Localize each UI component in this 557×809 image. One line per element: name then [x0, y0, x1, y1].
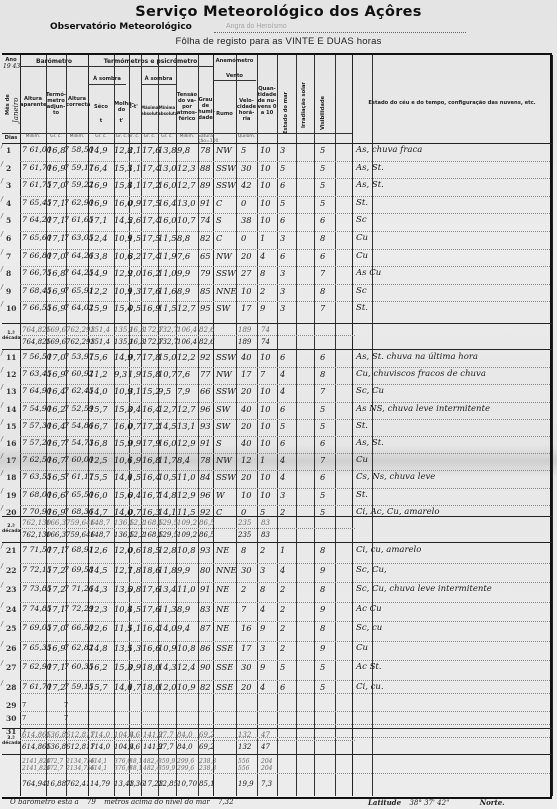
cell-grau: 82: [200, 233, 211, 243]
cell-mar: 4: [280, 472, 285, 482]
check-mark: /: [1, 602, 3, 609]
decade-sum-cell: 132: [238, 730, 251, 740]
cell-mar: 5: [280, 163, 285, 173]
cell-alt-c: 7: [64, 713, 68, 723]
cell-min: 15,0: [158, 352, 176, 362]
cell-term: 16,4: [47, 386, 65, 396]
cell-ceu: Sc, Cu, chuva leve intermitente: [356, 584, 492, 594]
decade-label: 1.ª década: [2, 331, 20, 341]
cell-nuv: 4: [260, 682, 265, 692]
decade-avg-cell: 82,6: [199, 337, 215, 347]
cell-min: 11,5: [158, 233, 176, 243]
check-mark: /: [1, 266, 3, 273]
cell-term: 16,8: [47, 268, 65, 278]
cell-tens: 12,7: [177, 303, 195, 313]
cell-grau: 93: [200, 545, 211, 555]
cell-min: 13,8: [158, 145, 176, 155]
cell-vis: 5: [320, 490, 325, 500]
cell-mar: 3: [280, 145, 285, 155]
cell-min: 12,0: [158, 682, 176, 692]
cell-min: 14,3: [158, 662, 176, 672]
cell-term: 16,9: [47, 643, 65, 653]
cell-rumo: SW: [216, 404, 230, 414]
unit-minima: Gr. c.: [158, 134, 176, 139]
cell-term: 17,1: [47, 198, 65, 208]
cell-mar: 5: [280, 421, 285, 431]
cell-seco: 17,1: [89, 215, 107, 225]
cell-vel: 0: [241, 198, 246, 208]
barometer-text: O barómetro está a: [10, 798, 79, 806]
cell-min: 11,6: [158, 286, 176, 296]
decade-sum-cell: 106,4: [177, 325, 197, 335]
cell-min: 12,8: [158, 545, 176, 555]
cell-mar: 6: [280, 180, 285, 190]
cell-diff: 0,6: [128, 545, 141, 555]
decade-avg-cell: 166,3: [46, 530, 66, 540]
cell-grau: 77: [200, 369, 211, 379]
cell-term: 16,9: [47, 369, 65, 379]
cell-mar: 2: [280, 643, 285, 653]
cell-seco: 12,3: [89, 604, 107, 614]
day-number: 6: [6, 234, 11, 244]
cell-diff: 1,5: [128, 233, 141, 243]
cell-min: 11,8: [158, 565, 176, 575]
cell-tens: 12,3: [177, 163, 195, 173]
cell-term: 17,0: [47, 352, 65, 362]
col-grau-humidade: Grau de humi-dade: [198, 97, 213, 121]
institution-title: Serviço Meteorológico dos Açôres: [0, 4, 557, 20]
cell-vis: 6: [320, 251, 325, 261]
month-avg-cell: 764,94: [22, 779, 47, 789]
row-separator: [20, 384, 550, 385]
cell-min: 11,5: [158, 303, 176, 313]
cell-vis: 7: [320, 303, 325, 313]
cell-tens: 12,2: [177, 352, 195, 362]
col-visibilidade: Visibilidade: [320, 84, 326, 130]
col-rumo: Rumo: [213, 111, 236, 117]
cell-ceu: Sc: [356, 215, 367, 225]
cell-ceu: Sc, Cu,: [356, 565, 387, 575]
cell-vis: 5: [320, 662, 325, 672]
totals-rule: [20, 773, 550, 774]
check-mark: /: [1, 563, 3, 570]
cell-diff: 1,1: [128, 623, 141, 633]
cell-mar: 1: [280, 545, 285, 555]
cell-vel: 5: [241, 145, 246, 155]
cell-ceu: Ac St.: [356, 662, 382, 672]
cell-ceu: Sc, cu: [356, 623, 382, 633]
cell-min: 10,5: [158, 472, 176, 482]
barometer-group-header: Barómetro: [20, 59, 88, 65]
row-separator: [20, 301, 550, 302]
cell-vel: 40: [241, 404, 252, 414]
day-number: 17: [6, 456, 16, 466]
row-separator: [20, 470, 550, 471]
cell-grau: 90: [200, 662, 211, 672]
cell-term: 17,0: [47, 251, 65, 261]
cell-vel: 20: [241, 386, 252, 396]
check-mark: /: [1, 178, 3, 185]
thermometers-group-header: Termómetros e psicrómetro: [88, 59, 213, 65]
month-avg-cell: 12,85: [158, 779, 178, 789]
cell-nuv: 10: [260, 198, 271, 208]
column-divider: [257, 55, 258, 796]
check-mark: /: [1, 161, 3, 168]
check-mark: /: [1, 196, 3, 203]
cell-seco: 12,6: [89, 545, 107, 555]
latitude-value: 38° 37' 42": [409, 799, 449, 807]
cell-seco: 16,4: [89, 163, 107, 173]
hemisphere-label: Norte.: [480, 798, 505, 807]
row-separator: [20, 680, 550, 681]
col-quantidade-nuvens: Quan-tidade de nu-vens 0 a 10: [257, 86, 277, 116]
unit-altura-correcta: Millim.: [66, 134, 88, 139]
day-number: 27: [6, 663, 16, 673]
day-number: 1: [6, 146, 11, 156]
cell-diff: 1,3: [128, 286, 141, 296]
cell-vis: 9: [320, 643, 325, 653]
cell-rumo: C: [216, 198, 222, 208]
cell-term: 16,8: [47, 145, 65, 155]
col-altura-correcta: Altura correcta: [66, 96, 88, 108]
cell-mar: 6: [280, 215, 285, 225]
row-separator: [20, 266, 550, 267]
row-separator: [20, 436, 550, 437]
cell-grau: 80: [200, 565, 211, 575]
a-sombra-header-1: À sombra: [88, 76, 126, 82]
cell-grau: 96: [200, 404, 211, 414]
cell-rumo: NNE: [216, 565, 237, 575]
cell-ceu: Sc, Cu: [356, 386, 384, 396]
cell-diff: 3,2: [128, 251, 141, 261]
month-avg-cell: 14,79: [90, 779, 110, 789]
col-tensao: Tensão do va-por atmos-férico: [176, 92, 198, 122]
row-separator: [20, 402, 550, 403]
observatory-label: Observatório Meteorológico: [50, 22, 192, 32]
cell-seco: 16,8: [89, 438, 107, 448]
day-number: 5: [6, 216, 11, 226]
cell-tens: 7,9: [177, 386, 190, 396]
cell-diff: 1,9: [128, 455, 141, 465]
cell-vis: 8: [320, 545, 325, 555]
col-irradiacao: Irradiação solar: [301, 78, 307, 128]
cell-nuv: 3: [260, 565, 265, 575]
cell-nuv: 2: [260, 286, 265, 296]
cell-min: 11,3: [158, 604, 176, 614]
cell-vis: 5: [320, 421, 325, 431]
unit-altura-aparente: Millim.: [20, 134, 46, 139]
cell-diff: 3,1: [128, 386, 141, 396]
cell-vis: 9: [320, 604, 325, 614]
cell-nuv: 10: [260, 421, 271, 431]
cell-grau: 78: [200, 145, 211, 155]
cell-min: 9,5: [158, 386, 171, 396]
cell-nuv: 4: [260, 604, 265, 614]
cell-grau: 92: [200, 352, 211, 362]
cell-diff: 1,1: [128, 180, 141, 190]
day-number: 18: [6, 473, 16, 483]
cell-min: 14,5: [158, 421, 176, 431]
check-mark: /: [1, 660, 3, 667]
check-mark: /: [1, 231, 3, 238]
cell-vel: 30: [241, 565, 252, 575]
day-number: 23: [6, 585, 16, 595]
decade-sum-cell: 9,6: [129, 730, 140, 740]
check-mark: /: [1, 249, 3, 256]
header-rule: [20, 66, 88, 67]
cell-diff: 2,6: [128, 215, 141, 225]
cell-tens: 9,9: [177, 565, 190, 575]
cell-nuv: 10: [260, 145, 271, 155]
cell-vis: 8: [320, 369, 325, 379]
day-number: 12: [6, 370, 16, 380]
cell-term: 17,2: [47, 682, 65, 692]
cell-mar: 4: [280, 386, 285, 396]
decade-sum-cell: 83: [261, 518, 270, 528]
header-rule: [141, 84, 176, 85]
cell-grau: 74: [200, 215, 211, 225]
cell-diff: 0,7: [128, 421, 141, 431]
cell-vel: 30: [241, 662, 252, 672]
cell-vis: 7: [320, 268, 325, 278]
cell-term: 17,1: [47, 662, 65, 672]
cell-nuv: 10: [260, 386, 271, 396]
cell-tens: 12,9: [177, 438, 195, 448]
decade-label: 2.ª década: [2, 524, 20, 534]
cell-ceu: As Cu: [356, 268, 381, 278]
row-separator: [20, 231, 550, 232]
month-avg-cell: 85,1: [199, 779, 215, 789]
cell-mar: 6: [280, 404, 285, 414]
cell-vel: 0: [241, 233, 246, 243]
a-sombra-header-2: À sombra: [141, 76, 176, 82]
decade-rule: [2, 516, 552, 517]
cell-vis: 5: [320, 404, 325, 414]
cell-diff: 1,1: [128, 163, 141, 173]
day-number: 10: [6, 304, 16, 314]
decade-sum-cell: 47: [261, 730, 270, 740]
cell-diff: 0,4: [128, 404, 141, 414]
cell-min: 14,8: [158, 490, 176, 500]
cell-mar: 6: [280, 438, 285, 448]
cell-seco: 15,5: [89, 472, 107, 482]
cell-diff: 2,0: [128, 268, 141, 278]
row-separator: [20, 505, 550, 506]
cell-grau: 78: [200, 455, 211, 465]
day-number: 8: [6, 269, 11, 279]
register-sheet: Serviço Meteorológico dos Açôres Observa…: [0, 0, 557, 809]
day-number: 29: [6, 701, 16, 711]
cell-mar: 6: [280, 251, 285, 261]
cell-vel: 42: [241, 180, 252, 190]
barometer-suffix: metros acima do nível do mar: [104, 798, 210, 806]
cell-term: 17,2: [47, 565, 65, 575]
wind-subheader: Vento: [213, 73, 256, 79]
check-mark: /: [1, 436, 3, 443]
day-number: 16: [6, 439, 16, 449]
day-number: 26: [6, 644, 16, 654]
check-mark: /: [1, 402, 3, 409]
check-mark: /: [1, 543, 3, 550]
cell-grau: 87: [200, 623, 211, 633]
cell-nuv: 7: [260, 369, 265, 379]
decade-avg-cell: 189: [238, 337, 251, 347]
cell-term: 16,5: [47, 472, 65, 482]
cell-tens: 8,8: [177, 233, 190, 243]
cell-rumo: C: [216, 233, 222, 243]
cell-seco: 16,7: [89, 421, 107, 431]
row-separator: [20, 693, 550, 694]
cell-tens: 11,0: [177, 584, 195, 594]
row-separator: [20, 161, 550, 162]
cell-ceu: St.: [356, 421, 368, 431]
cell-diff: 0,5: [128, 303, 141, 313]
decade-avg-cell: 151,4: [90, 337, 110, 347]
cell-grau: 89: [200, 180, 211, 190]
cell-grau: 93: [200, 421, 211, 431]
day-number: 28: [6, 683, 16, 693]
cell-ceu: Ac Cu: [356, 604, 382, 614]
cell-term: 17,1: [47, 215, 65, 225]
cell-tens: 12,4: [177, 662, 195, 672]
cell-seco: 14,8: [89, 643, 107, 653]
month-avg-cell: 10,70: [177, 779, 197, 789]
cell-nuv: 8: [260, 584, 265, 594]
decade-rule: [2, 728, 552, 729]
decade-avg-cell: 114,0: [90, 742, 110, 752]
header-rule: [88, 66, 213, 67]
cell-nuv: 10: [260, 490, 271, 500]
cell-grau: 96: [200, 490, 211, 500]
month-avg-cell: 19,9: [238, 779, 254, 789]
cell-tens: 10,7: [177, 215, 195, 225]
cell-min: 16,0: [158, 438, 176, 448]
decade-avg-cell: 148,7: [90, 530, 110, 540]
cell-seco: 16,9: [89, 180, 107, 190]
cell-vis: 6: [320, 215, 325, 225]
col-estado-mar: Estado do mar: [283, 86, 289, 134]
cell-vel: 2: [241, 584, 246, 594]
decade-avg-cell: 235: [238, 530, 251, 540]
cell-nuv: 10: [260, 352, 271, 362]
cell-tens: 9,8: [177, 145, 190, 155]
cell-grau: 79: [200, 268, 211, 278]
cell-seco: 12,6: [89, 623, 107, 633]
check-mark: /: [1, 621, 3, 628]
cell-vis: 8: [320, 286, 325, 296]
column-divider: [352, 55, 353, 796]
day-number: 2: [6, 164, 11, 174]
cell-ceu: Cs, Ns, chuva leve: [356, 472, 435, 482]
day-number: 22: [6, 566, 16, 576]
cell-min: 11,7: [158, 455, 176, 465]
row-separator: [20, 641, 550, 642]
cell-vel: 38: [241, 215, 252, 225]
cell-grau: 82: [200, 682, 211, 692]
day-number: 19: [6, 491, 16, 501]
cell-vel: 20: [241, 682, 252, 692]
cell-term: 17,1: [47, 233, 65, 243]
cell-mar: 3: [280, 303, 285, 313]
day-number: 9: [6, 287, 11, 297]
cell-ceu: As, St. chuva na última hora: [356, 352, 478, 362]
day-number: 4: [6, 199, 11, 209]
cell-nuv: 4: [260, 251, 265, 261]
unit-maxima: Gr. c.: [141, 134, 158, 139]
decade-sum-cell: 74: [261, 325, 270, 335]
day-number: 21: [6, 546, 16, 556]
cell-seco: 12,4: [89, 233, 107, 243]
cell-rumo: NW: [216, 251, 232, 261]
ano-value: 19 43: [3, 62, 20, 72]
cell-rumo: W: [216, 490, 225, 500]
day-number: 25: [6, 624, 16, 634]
cell-ceu: Cu: [356, 233, 368, 243]
decade-rule: [2, 754, 552, 755]
cell-term: 16,2: [47, 404, 65, 414]
cell-term: 17,1: [47, 604, 65, 614]
row-separator: [20, 178, 550, 179]
decade-sum-cell: 148,7: [90, 518, 110, 528]
cell-term: 16,9: [47, 303, 65, 313]
cell-rumo: NNE: [216, 286, 237, 296]
cell-diff: 0,9: [128, 438, 141, 448]
cell-tens: 13,0: [177, 198, 195, 208]
column-divider: [277, 55, 278, 796]
decade-mid-rule: [20, 335, 355, 336]
cell-alt-c: 7: [64, 700, 68, 710]
header-rule: [213, 80, 256, 81]
cell-grau: 83: [200, 604, 211, 614]
sheet-subtitle: Fôlha de registo para as VINTE E DUAS ho…: [0, 36, 557, 47]
mes-value: Janeiro: [12, 83, 20, 123]
cell-ceu: Cu: [356, 251, 368, 261]
decade-avg-cell: 83: [261, 530, 270, 540]
cell-min: 11,0: [158, 268, 176, 278]
cell-ceu: Sc: [356, 286, 367, 296]
dias-label: Dias: [2, 135, 20, 141]
observatory-place: Angra do Heroísmo: [226, 23, 287, 30]
cell-grau: 95: [200, 303, 211, 313]
cell-vel: 10: [241, 490, 252, 500]
cell-vel: 17: [241, 643, 252, 653]
cell-vel: 27: [241, 268, 252, 278]
decade-mid-rule: [20, 528, 355, 529]
cell-seco: 15,6: [89, 352, 107, 362]
row-separator: [20, 213, 550, 214]
cell-vel: 20: [241, 472, 252, 482]
cell-min: 16,0: [158, 215, 176, 225]
cell-term: 16,9: [47, 163, 65, 173]
cell-seco: 16,2: [89, 662, 107, 672]
cell-mar: 3: [280, 490, 285, 500]
column-divider: [198, 55, 199, 796]
check-mark: /: [1, 582, 3, 589]
cell-alt-ap: 7: [22, 713, 26, 723]
cell-diff: 1,5: [128, 472, 141, 482]
cell-grau: 85: [200, 286, 211, 296]
cell-seco: 15,9: [89, 303, 107, 313]
unit-termometro: Gr. c.: [46, 134, 66, 139]
decade-sum-cell: 169,6: [46, 325, 66, 335]
cell-vel: 16: [241, 623, 252, 633]
cell-nuv: 10: [260, 404, 271, 414]
cell-mar: 3: [280, 286, 285, 296]
cell-ceu: Cu, chuviscos fracos de chuva: [356, 369, 486, 379]
cell-rumo: NE: [216, 545, 229, 555]
cell-term: 16,7: [47, 455, 65, 465]
decade-avg-cell: 132,7: [158, 337, 178, 347]
